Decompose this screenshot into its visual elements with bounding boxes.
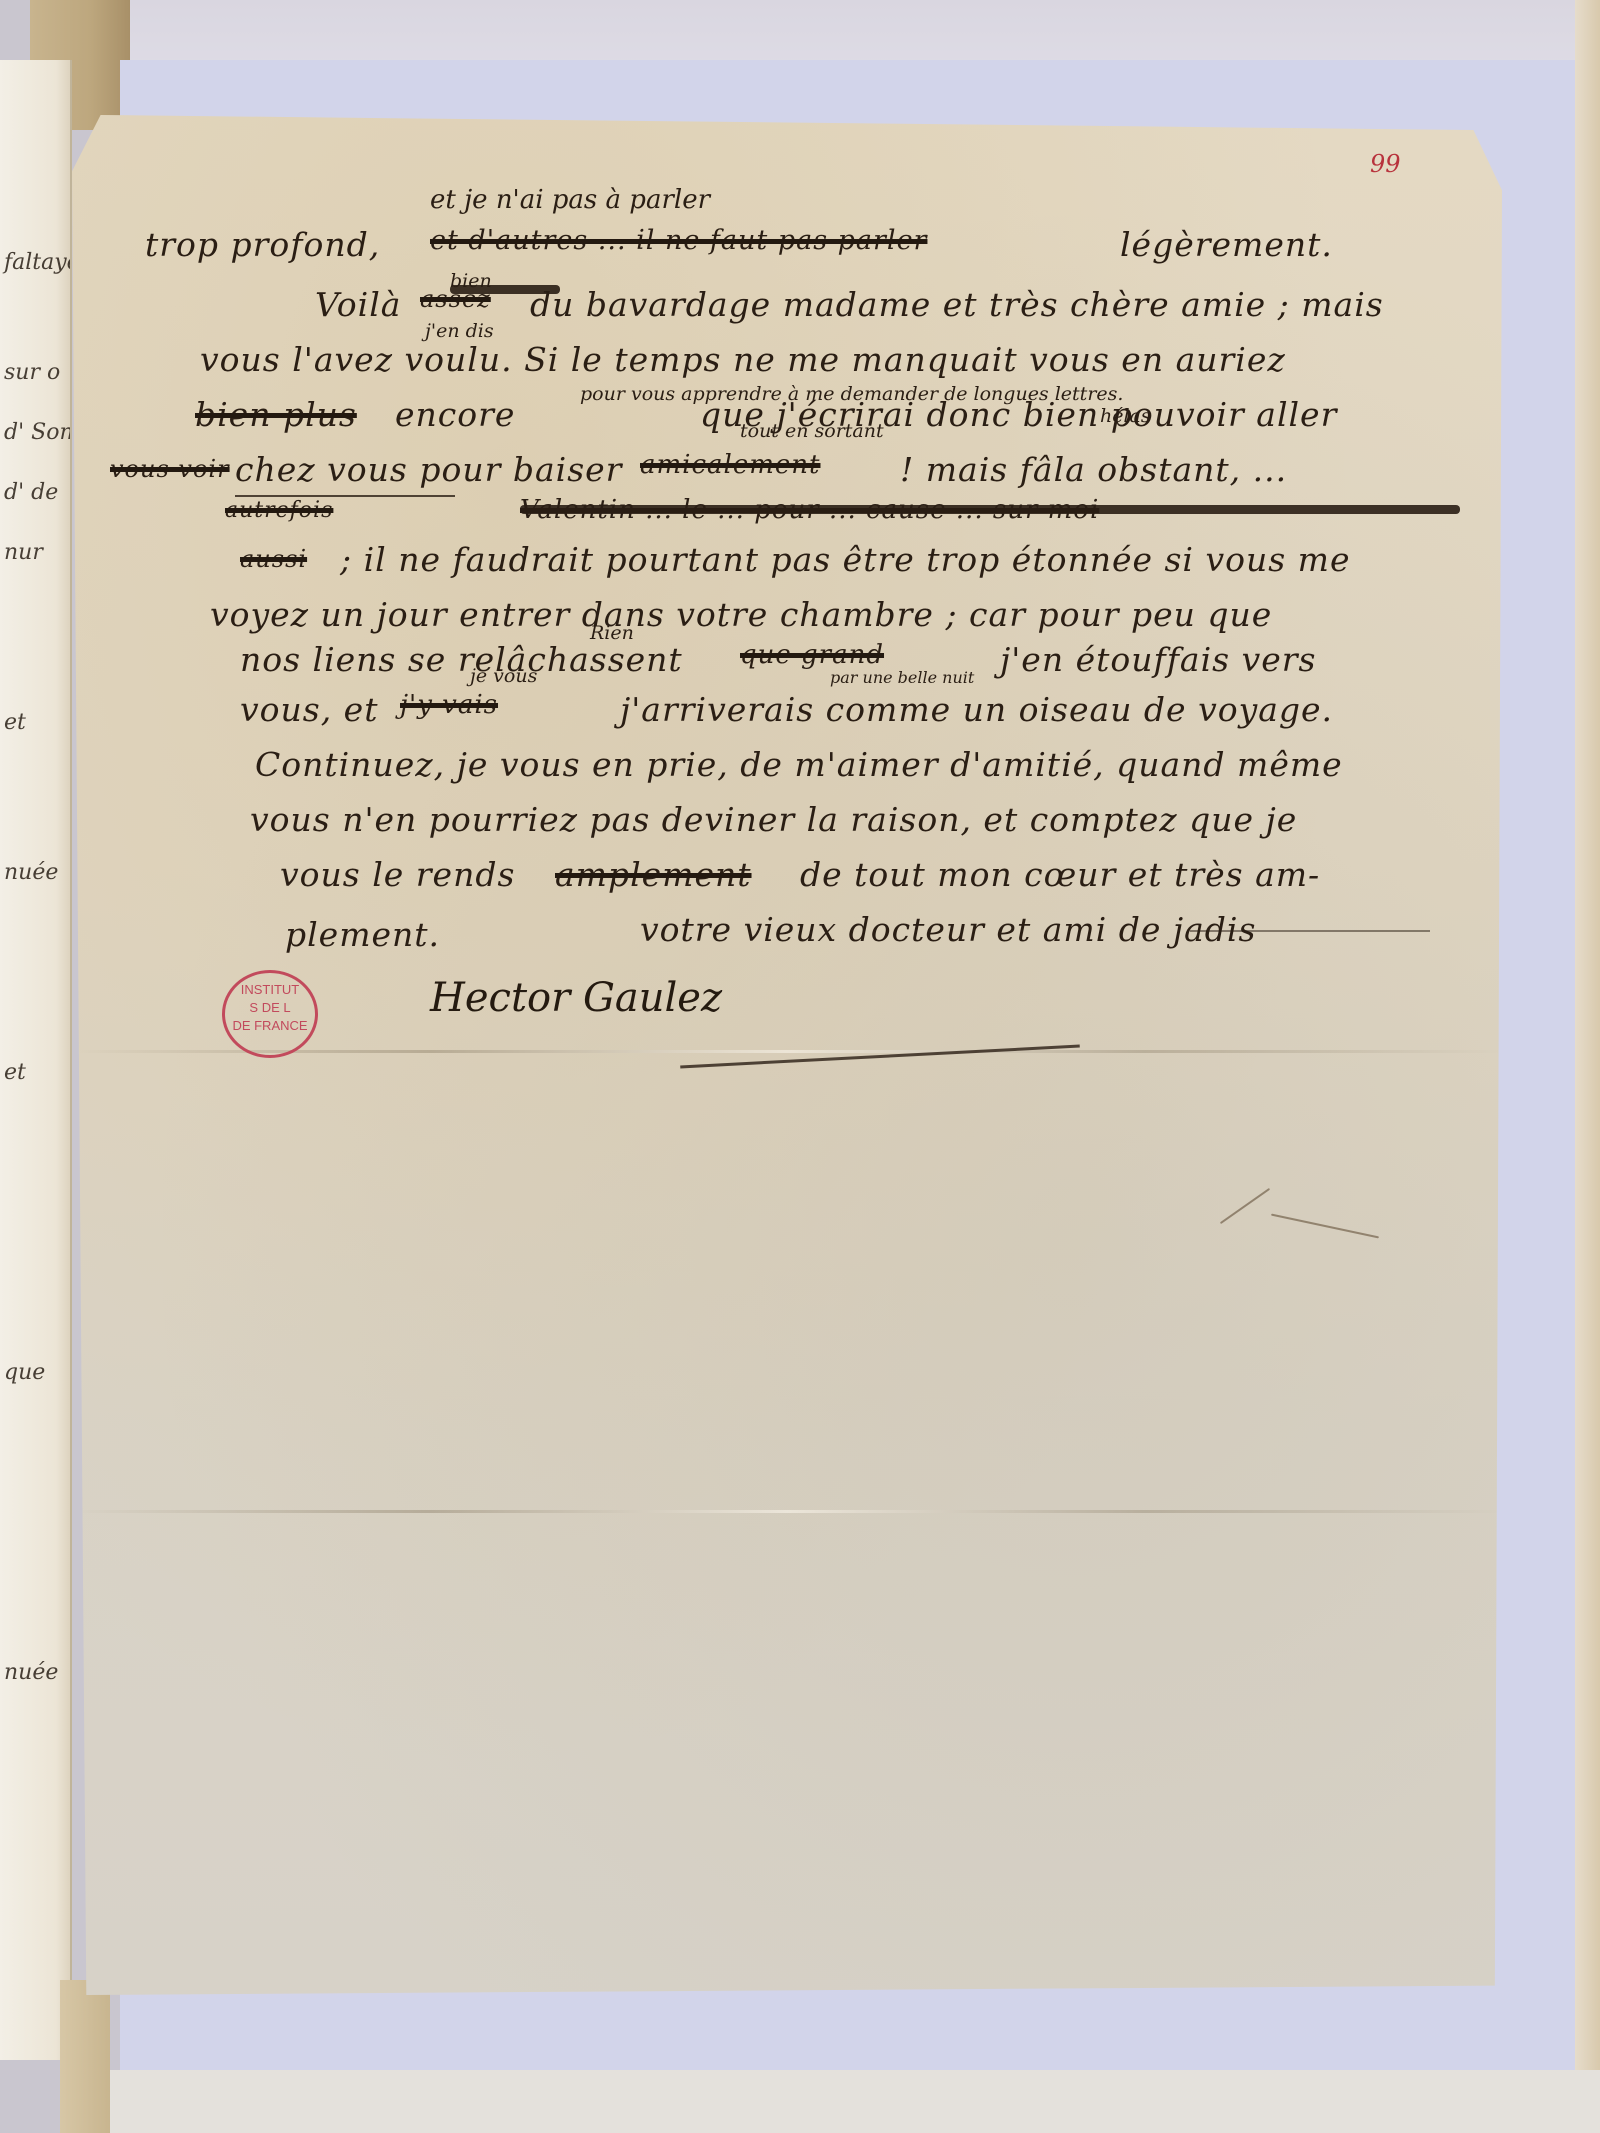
letter-line: voyez un jour entrer dans votre chambre … xyxy=(210,595,1272,634)
letter-line: Continuez, je vous en prie, de m'aimer d… xyxy=(255,745,1343,784)
letter-line: chez vous pour baiser xyxy=(235,450,622,489)
letter-line: Voilà xyxy=(315,285,401,324)
letter-line: j'arriverais comme un oiseau de voyage. xyxy=(620,690,1333,729)
letter-line: trop profond, xyxy=(145,225,380,264)
letter-line: vous l'avez voulu. Si le temps ne me man… xyxy=(200,340,1286,379)
letter-line: légèrement. xyxy=(1120,225,1333,264)
struck-text: vous voir xyxy=(110,455,230,483)
letter-line: ! mais fâla obstant, ... xyxy=(900,450,1287,489)
closing-formula: votre vieux docteur et ami de jadis xyxy=(640,910,1256,949)
interlinear-insert: j'en dis xyxy=(425,320,494,342)
letter-line: de tout mon cœur et très am- xyxy=(800,855,1320,894)
struck-text: assez xyxy=(420,285,491,313)
signature: Hector Gaulez xyxy=(430,975,722,1021)
interlinear-insert: je vous xyxy=(470,665,537,687)
struck-text: autrefois xyxy=(225,498,333,523)
letter-line: nos liens se relâchassent xyxy=(240,640,683,679)
left-page-fragment: nuée xyxy=(4,1660,58,1685)
left-page-fragment: nuée xyxy=(4,860,58,885)
left-page-fragment: sur o xyxy=(4,360,60,385)
institut-de-france-stamp: INSTITUT S DE L DE FRANCE xyxy=(222,970,318,1058)
left-page-fragment: faltaye xyxy=(4,250,72,275)
interlinear-insert: et je n'ai pas à parler xyxy=(430,185,710,215)
struck-text: amplement xyxy=(555,855,752,894)
struck-text: bien plus xyxy=(195,395,357,434)
letter-line: vous n'en pourriez pas deviner la raison… xyxy=(250,800,1297,839)
stamp-line: INSTITUT xyxy=(225,981,315,999)
struck-text: que grand xyxy=(740,640,884,670)
letter-line: vous, et xyxy=(240,690,378,729)
letter-line: ; il ne faudrait pourtant pas être trop … xyxy=(340,540,1351,579)
struck-text: j'y vais xyxy=(400,690,498,720)
underline xyxy=(1190,930,1430,932)
left-page-fragment: et xyxy=(4,710,26,735)
letter-line: plement. xyxy=(285,915,440,954)
letter-line: encore xyxy=(395,395,515,434)
left-page-fragment: d' Son xyxy=(4,420,72,445)
left-page-fragment: que xyxy=(4,1360,45,1385)
left-page-fragment: d' de xyxy=(4,480,58,505)
interlinear-insert: hélas xyxy=(1100,405,1151,427)
folio-number: 99 xyxy=(1370,150,1401,178)
stamp-line: S DE L xyxy=(225,999,315,1017)
struck-text: et d'autres ... il ne faut pas parler xyxy=(430,225,927,256)
binding-strip xyxy=(60,1980,110,2133)
letter-line: j'en étouffais vers xyxy=(1000,640,1316,679)
interlinear-insert: par une belle nuit xyxy=(830,668,974,687)
fold-crease xyxy=(72,1510,1502,1513)
letter-line: du bavardage madame et très chère amie ;… xyxy=(530,285,1384,324)
heavy-strikethrough xyxy=(520,505,1460,514)
left-page-fragment: nur xyxy=(4,540,43,565)
interlinear-insert: tout en sortant xyxy=(740,420,884,442)
folder-edge-right xyxy=(1575,0,1600,2133)
bottom-backing-sheet xyxy=(100,2070,1600,2133)
underline xyxy=(235,495,455,497)
struck-text: aussi xyxy=(240,545,307,573)
struck-text: amicalement xyxy=(640,450,820,480)
adjacent-left-page: faltaye sur o d' Son d' de nur et nuée e… xyxy=(0,60,72,2060)
letter-line: vous le rends xyxy=(280,855,515,894)
stamp-line: DE FRANCE xyxy=(225,1017,315,1035)
left-page-fragment: et xyxy=(4,1060,26,1085)
